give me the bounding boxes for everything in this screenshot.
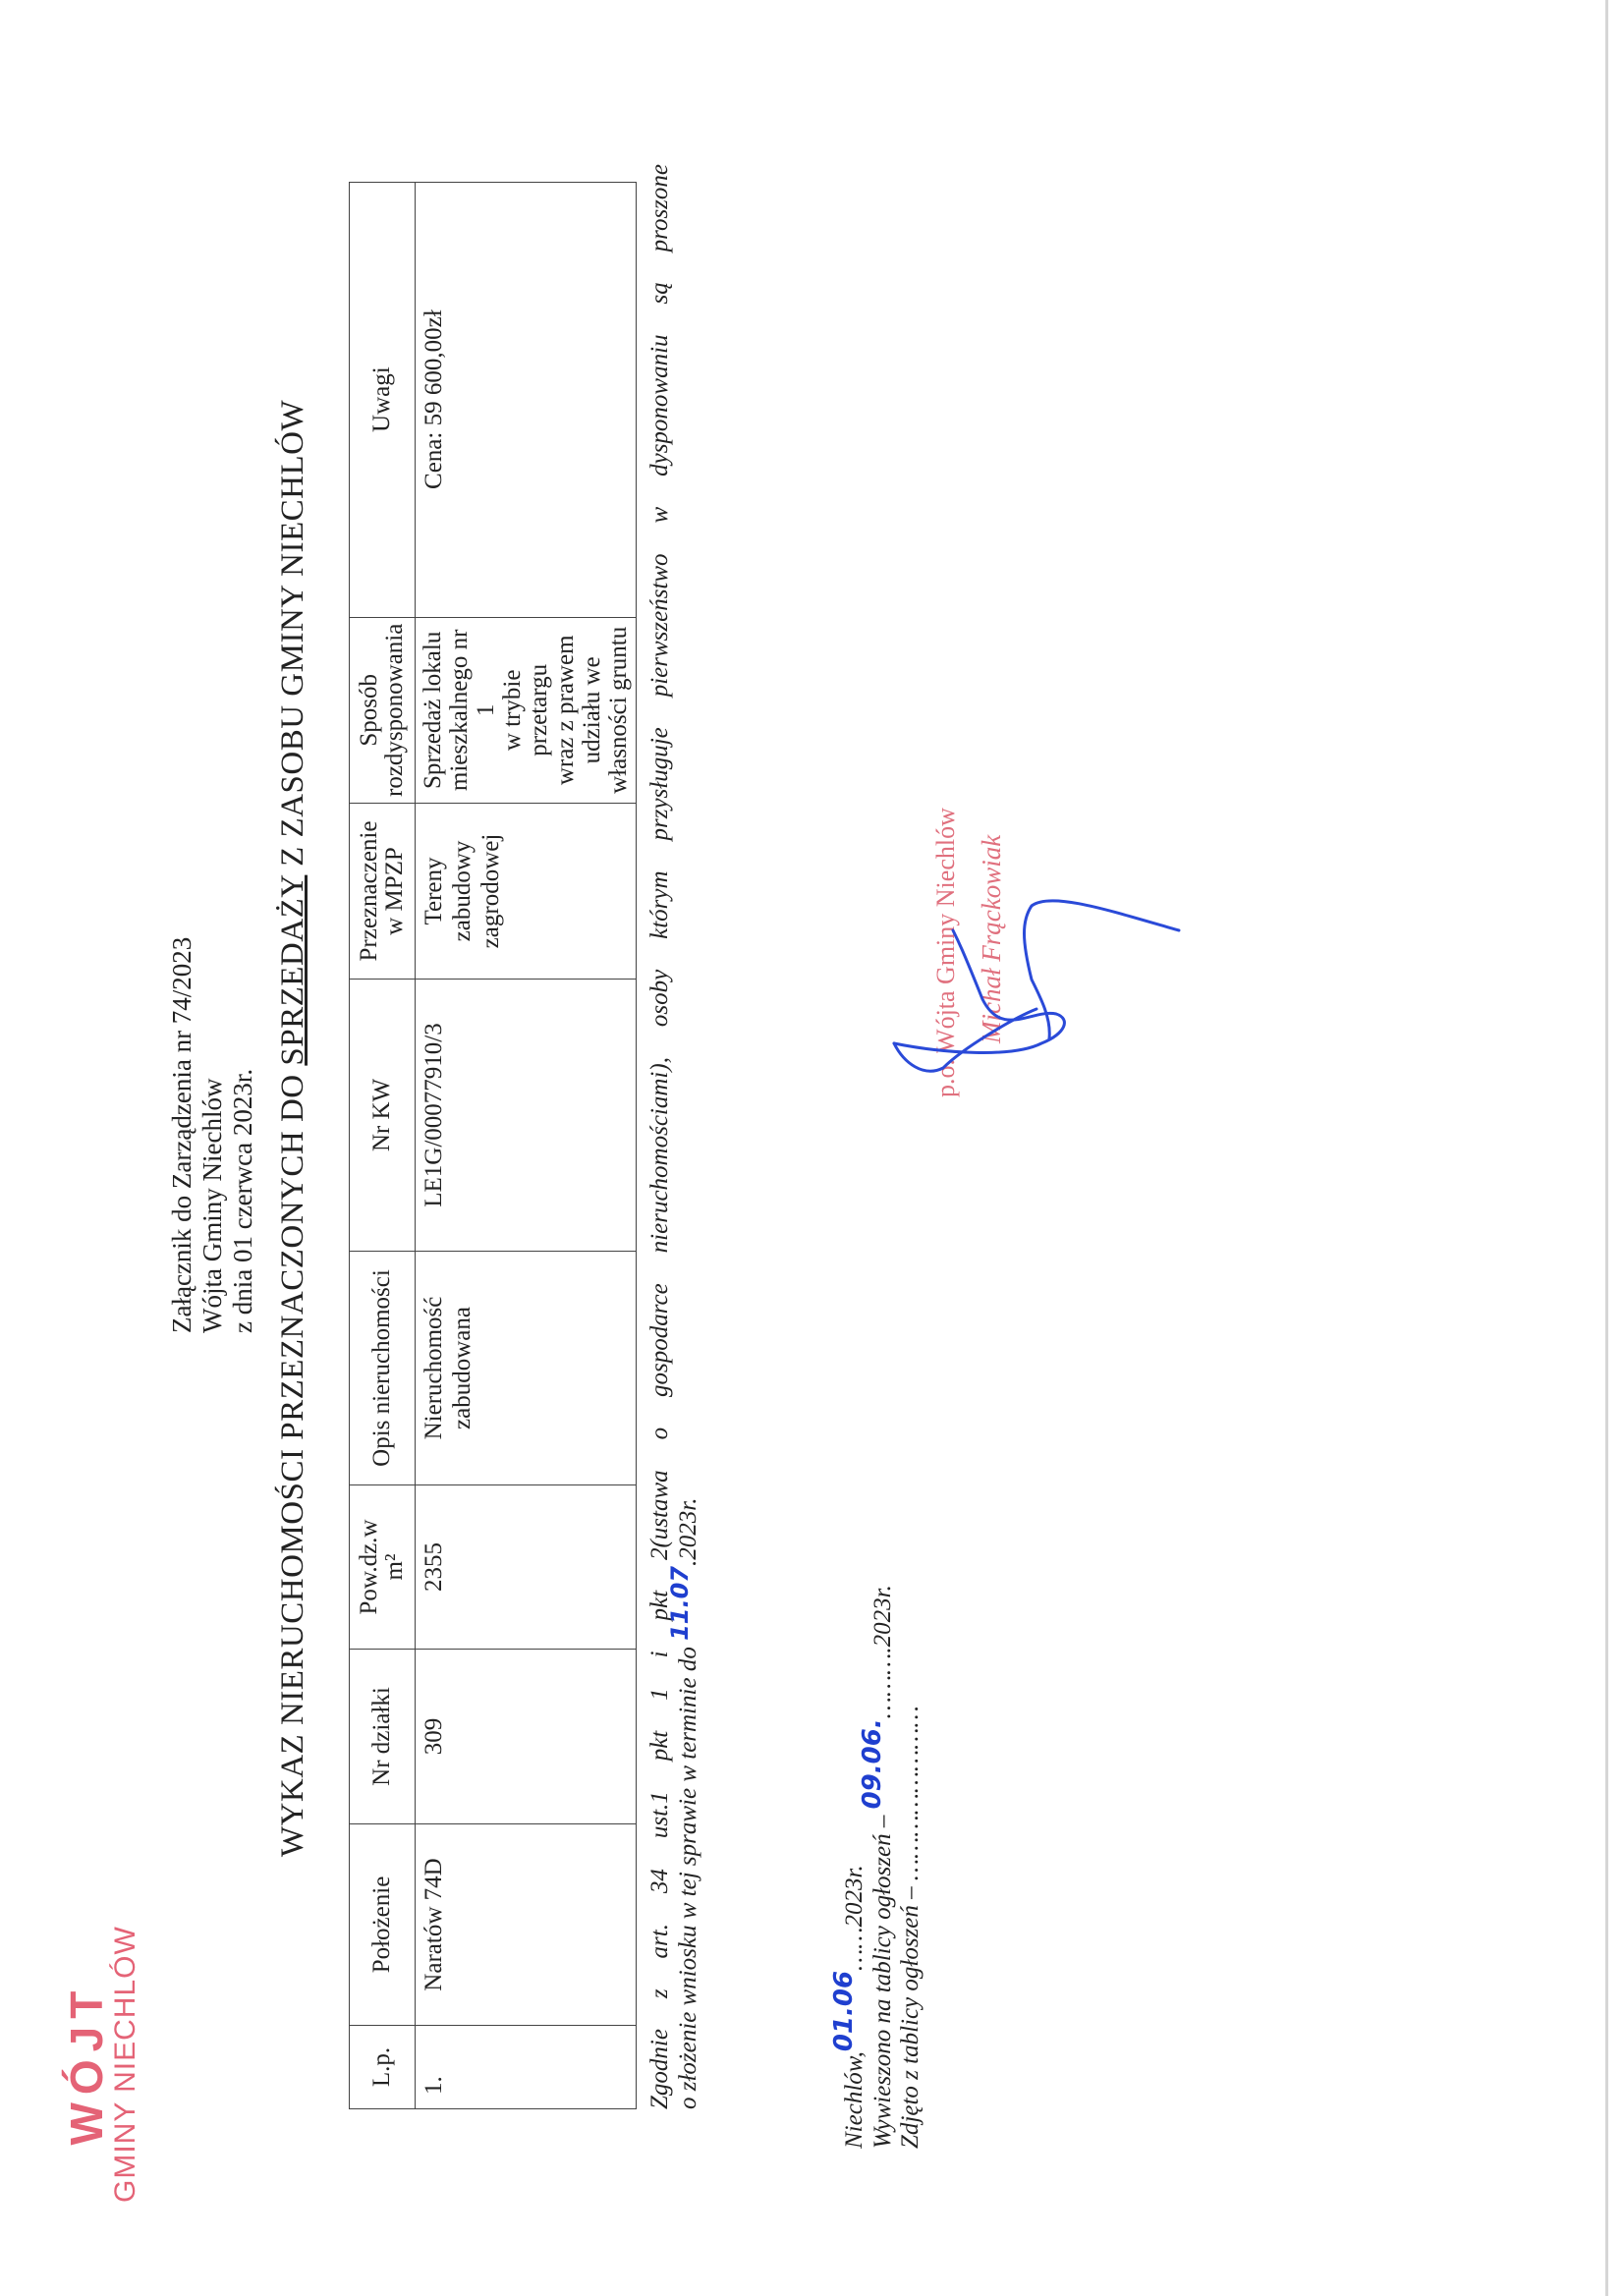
- cell-polozenie: Naratów 74D: [416, 1824, 637, 2026]
- cell-sposob: Sprzedaż lokalu mieszkalnego nr 1 w tryb…: [416, 617, 637, 803]
- posting-notes: Niechlów,01.06……2023r. Wywieszono na tab…: [840, 1585, 924, 2149]
- header-uwagi: Uwagi: [350, 182, 416, 617]
- legal-notice: Zgodnie z art. 34 ust.1 pkt 1 i pkt 2(us…: [646, 164, 702, 2109]
- note-niechlow-suffix: ……2023r.: [841, 1865, 868, 1971]
- title-underlined: SPRZEDAŻY: [275, 875, 310, 1066]
- cell-mpzp: Tereny zabudowy zagrodowej: [416, 804, 637, 980]
- cell-mpzp-line: zagrodowej: [476, 810, 505, 973]
- header-mpzp-line-1: Przeznaczenie: [357, 810, 382, 973]
- note-zdjeto-label: Zdjęto z tablicy ogłoszeń –: [897, 1886, 924, 2149]
- header-line-3: z dnia 01 czerwca 2023r.: [228, 937, 258, 1333]
- page-title: WYKAZ NIERUCHOMOŚCI PRZEZNACZONYCH DO SP…: [275, 0, 311, 2296]
- stamp-line-2: GMINY NIECHLÓW: [109, 1926, 142, 2203]
- signature-block: p.o. Wójta Gminy Niechlów Michał Frąckow…: [884, 783, 1199, 1137]
- cell-sposob-line: Sprzedaż lokalu: [420, 624, 446, 797]
- cell-opis-line: Nieruchomość: [420, 1258, 448, 1479]
- header-line-2: Wójta Gminy Niechlów: [197, 937, 228, 1333]
- cell-uwagi: Cena: 59 600,00zł: [416, 182, 637, 617]
- header-line-1: Załącznik do Zarządzenia nr 74/2023: [167, 937, 197, 1333]
- stamp-line-1: WÓJT: [64, 1926, 109, 2203]
- header-pow-line-2: m²: [382, 1491, 408, 1643]
- table-header-row: L.p. Położenie Nr działki Pow.dz.w m² Op…: [350, 182, 416, 2108]
- title-part-2: Z ZASOBU GMINY NIECHLÓW: [275, 400, 310, 875]
- header-nr-kw: Nr KW: [350, 980, 416, 1252]
- property-table: L.p. Położenie Nr działki Pow.dz.w m² Op…: [349, 182, 637, 2109]
- cell-sposob-line: mieszkalnego nr 1: [446, 624, 499, 797]
- legal-line-2-text: o złożenie wniosku w tej sprawie w termi…: [675, 1647, 701, 2109]
- document-page: WÓJT GMINY NIECHLÓW Załącznik do Zarządz…: [0, 0, 1624, 2296]
- header-sposob: Sposób rozdysponowania: [350, 617, 416, 803]
- note-niechlow: Niechlów,01.06……2023r.: [840, 1585, 868, 2149]
- cell-sposob-line: wraz z prawem: [552, 624, 579, 797]
- note-wywieszono: Wywieszono na tablicy ogłoszeń – 09.06.……: [868, 1585, 897, 2149]
- table-row: 1. Naratów 74D 309 2355 Nieruchomość zab…: [416, 182, 637, 2108]
- header-pow-line-1: Pow.dz.w: [357, 1491, 382, 1643]
- note-zdjeto-value: ……………………: [897, 1706, 924, 1880]
- cell-lp: 1.: [416, 2026, 637, 2109]
- cell-opis-line: zabudowana: [448, 1258, 476, 1479]
- legal-line-1: Zgodnie z art. 34 ust.1 pkt 1 i pkt 2(us…: [646, 164, 674, 2109]
- handwritten-deadline: 11.07: [666, 1566, 694, 1641]
- note-zdjeto: Zdjęto z tablicy ogłoszeń – ……………………: [897, 1585, 924, 2149]
- header-nr-dzialki: Nr działki: [350, 1650, 416, 1824]
- header-opis: Opis nieruchomości: [350, 1252, 416, 1485]
- header-sposob-line-1: Sposób: [357, 624, 382, 797]
- header-mpzp-line-2: w MPZP: [382, 810, 408, 973]
- attachment-header: Załącznik do Zarządzenia nr 74/2023 Wójt…: [167, 937, 258, 1333]
- legal-line-2: o złożenie wniosku w tej sprawie w termi…: [674, 164, 702, 2109]
- note-niechlow-label: Niechlów,: [841, 2051, 868, 2149]
- header-polozenie: Położenie: [350, 1824, 416, 2026]
- header-mpzp: Przeznaczenie w MPZP: [350, 804, 416, 980]
- cell-sposob-line: w trybie przetargu: [499, 624, 552, 797]
- cell-sposob-line: własności gruntu: [605, 624, 632, 797]
- handwritten-date: 01.06: [829, 1971, 859, 2051]
- note-wywieszono-label: Wywieszono na tablicy ogłoszeń –: [869, 1816, 896, 2149]
- wojt-stamp: WÓJT GMINY NIECHLÓW: [64, 1926, 142, 2203]
- cell-mpzp-line: zabudowy: [448, 810, 476, 973]
- note-wywieszono-suffix: ……….2023r.: [869, 1585, 896, 1718]
- header-powierzchnia: Pow.dz.w m²: [350, 1485, 416, 1650]
- cell-sposob-line: udziału we: [579, 624, 605, 797]
- scan-edge: [1605, 0, 1608, 2296]
- handwritten-posted-date: 09.06.: [858, 1718, 887, 1809]
- title-part-1: WYKAZ NIERUCHOMOŚCI PRZEZNACZONYCH DO: [275, 1066, 310, 1858]
- legal-line-2-suffix: .2023r.: [675, 1498, 701, 1566]
- handwritten-signature-icon: [884, 783, 1199, 1137]
- cell-mpzp-line: Tereny: [420, 810, 448, 973]
- cell-nr-dzialki: 309: [416, 1650, 637, 1824]
- cell-nr-kw: LE1G/00077910/3: [416, 980, 637, 1252]
- cell-powierzchnia: 2355: [416, 1485, 637, 1650]
- header-sposob-line-2: rozdysponowania: [382, 624, 408, 797]
- cell-opis: Nieruchomość zabudowana: [416, 1252, 637, 1485]
- header-lp: L.p.: [350, 2026, 416, 2109]
